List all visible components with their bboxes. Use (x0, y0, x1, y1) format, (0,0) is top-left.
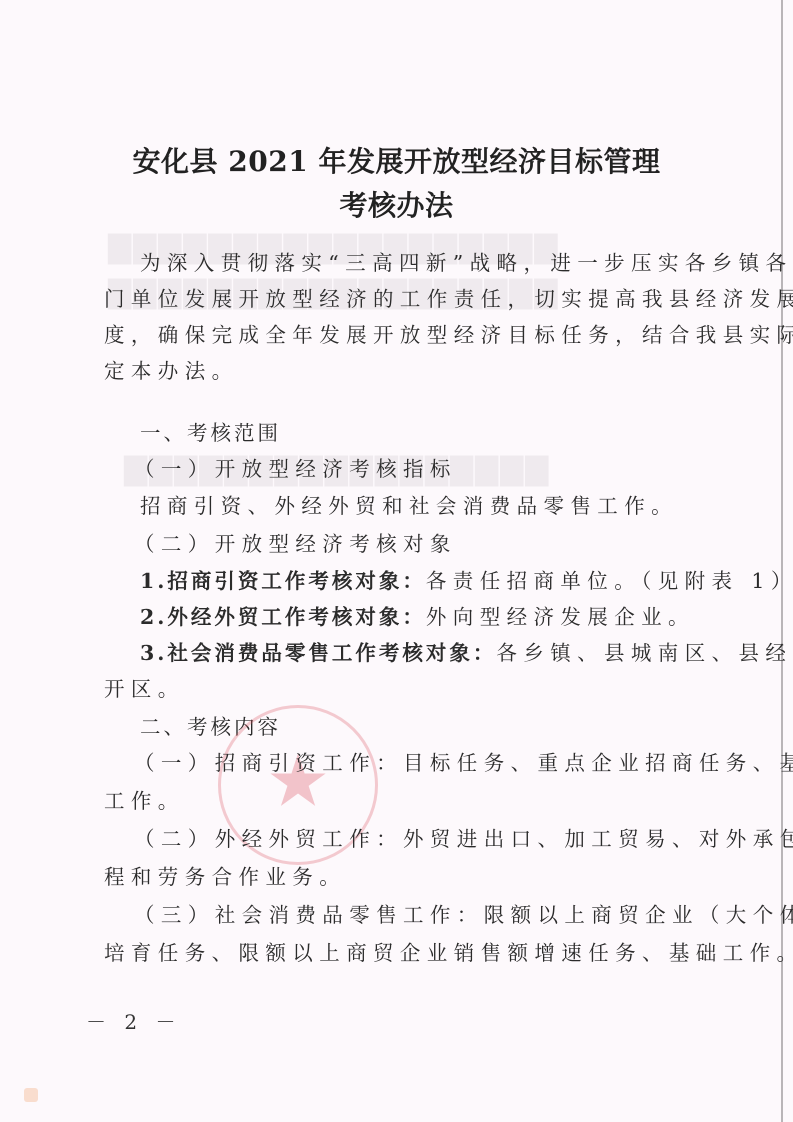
assessment-target-1: 1.招商引资工作考核对象：各责任招商单位。（见附表 1） (140, 568, 722, 594)
scan-stain (24, 1088, 38, 1102)
content-item-3-line2: 培育任务、限额以上商贸企业销售额增速任务、基础工作。 (104, 940, 686, 966)
assessment-target-3-text: 各乡镇、县城南区、县经 (496, 641, 792, 665)
content-item-2-line1: （二）外经外贸工作：外贸进出口、加工贸易、对外承包工 (134, 826, 716, 852)
assessment-target-3: 3.社会消费品零售工作考核对象：各乡镇、县城南区、县经 (140, 640, 722, 666)
intro-line-4: 定本办法。 (104, 358, 686, 384)
content-item-2-line2: 程和劳务合作业务。 (104, 864, 686, 890)
document-title-line1: 安化县 2021 年发展开放型经济目标管理 (0, 140, 793, 180)
assessment-target-2: 2.外经外贸工作考核对象：外向型经济发展企业。 (140, 604, 722, 630)
section-1-sub-2-heading: （二）开放型经济考核对象 (134, 531, 716, 557)
section-1-heading: 一、考核范围 (140, 420, 722, 446)
section-1-sub-1-text: 招商引资、外经外贸和社会消费品零售工作。 (140, 493, 722, 519)
page-number: － 2 － (86, 1006, 181, 1035)
intro-line-3: 度，确保完成全年发展开放型经济目标任务，结合我县实际，制 (104, 322, 686, 348)
content-item-1-line1: （一）招商引资工作：目标任务、重点企业招商任务、基础 (134, 750, 716, 776)
intro-line-1: 为深入贯彻落实“三高四新”战略，进一步压实各乡镇各部 (140, 250, 722, 276)
section-1-sub-1-heading: （一）开放型经济考核指标 (134, 456, 716, 482)
assessment-target-2-label: 2.外经外贸工作考核对象： (140, 605, 426, 629)
document-title-line2: 考核办法 (0, 184, 793, 224)
assessment-target-3-label: 3.社会消费品零售工作考核对象： (140, 641, 496, 665)
content-item-1-line2: 工作。 (104, 788, 686, 814)
content-item-3-line1: （三）社会消费品零售工作：限额以上商贸企业（大个体） (134, 902, 716, 928)
assessment-target-2-text: 外向型经济发展企业。 (426, 605, 695, 629)
assessment-target-1-text: 各责任招商单位。（见附表 1） (426, 569, 793, 593)
assessment-target-3-cont: 开区。 (104, 676, 686, 702)
assessment-target-1-label: 1.招商引资工作考核对象： (140, 569, 426, 593)
section-2-heading: 二、考核内容 (140, 714, 722, 740)
intro-line-2: 门单位发展开放型经济的工作责任，切实提高我县经济发展外向 (104, 286, 686, 312)
